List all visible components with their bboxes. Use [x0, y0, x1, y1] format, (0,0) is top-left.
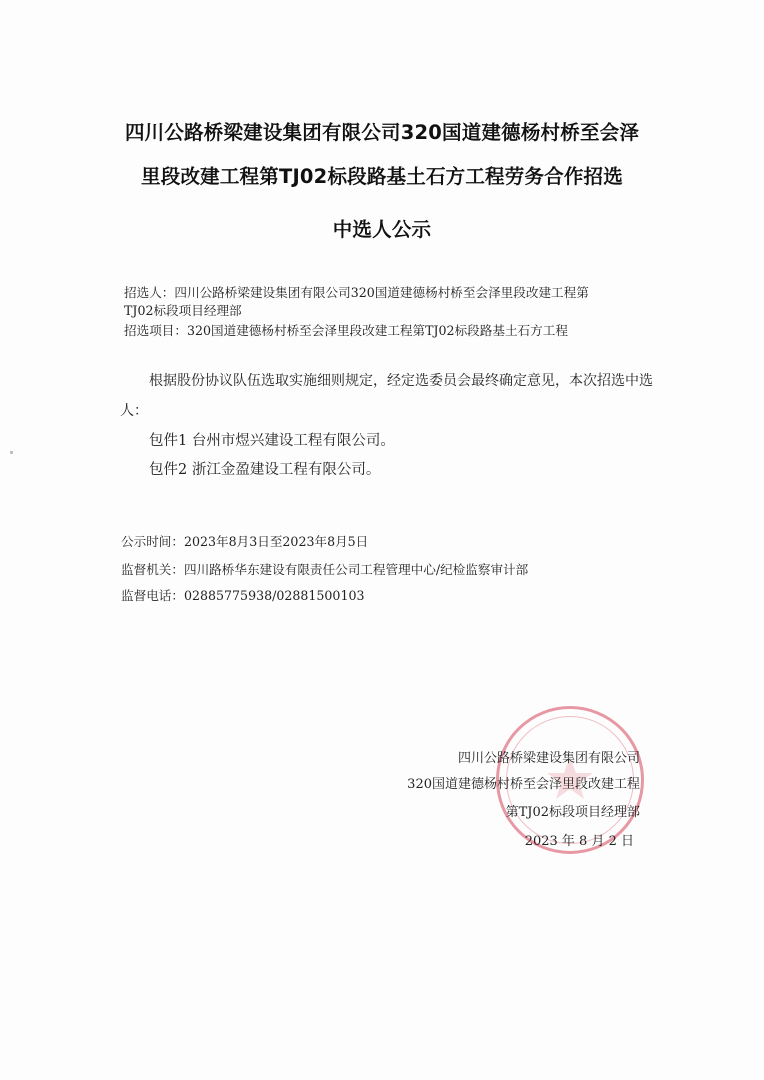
title-line-1: 四川公路桥梁建设集团有限公司320国道建德杨村桥至会泽: [0, 117, 764, 145]
tenderer-line-2: TJ02标段项目经理部: [124, 300, 242, 319]
scan-speck: [10, 451, 13, 454]
package-2-label: 包件2: [149, 462, 187, 478]
signature-line-1: 四川公路桥梁建设集团有限公司: [458, 747, 640, 766]
package-2: 包件2 浙江金盈建设工程有限公司。: [149, 458, 380, 479]
package-1-winner: 台州市煜兴建设工程有限公司。: [192, 433, 395, 449]
signature-date: 2023 年 8 月 2 日: [525, 830, 634, 849]
signature-line-2: 320国道建德杨村桥至会泽里段改建工程: [407, 773, 640, 792]
title-line-2: 里段改建工程第TJ02标段路基土石方工程劳务合作招选: [0, 161, 764, 189]
notice-period: 公示时间：2023年8月3日至2023年8月5日: [121, 531, 368, 550]
document-page: 四川公路桥梁建设集团有限公司320国道建德杨村桥至会泽 里段改建工程第TJ02标…: [0, 0, 764, 1080]
notice-supervisor: 监督机关：四川路桥华东建设有限责任公司工程管理中心/纪检监察审计部: [121, 559, 528, 578]
title-line-3: 中选人公示: [0, 214, 764, 242]
package-2-winner: 浙江金盈建设工程有限公司。: [192, 462, 381, 478]
statement-line-1: 根据股份协议队伍选取实施细则规定，经定选委员会最终确定意见，本次招选中选: [149, 370, 653, 390]
signature-line-3: 第TJ02标段项目经理部: [506, 801, 640, 820]
package-1: 包件1 台州市煜兴建设工程有限公司。: [149, 429, 395, 450]
tenderer-line-1: 招选人：四川公路桥梁建设集团有限公司320国道建德杨村桥至会泽里段改建工程第: [124, 282, 589, 301]
project-line: 招选项目：320国道建德杨村桥至会泽里段改建工程第TJ02标段路基土石方工程: [124, 320, 568, 339]
package-1-label: 包件1: [149, 433, 187, 449]
statement-line-2: 人：: [120, 400, 148, 420]
notice-phone: 监督电话：02885775938/02881500103: [121, 585, 365, 604]
